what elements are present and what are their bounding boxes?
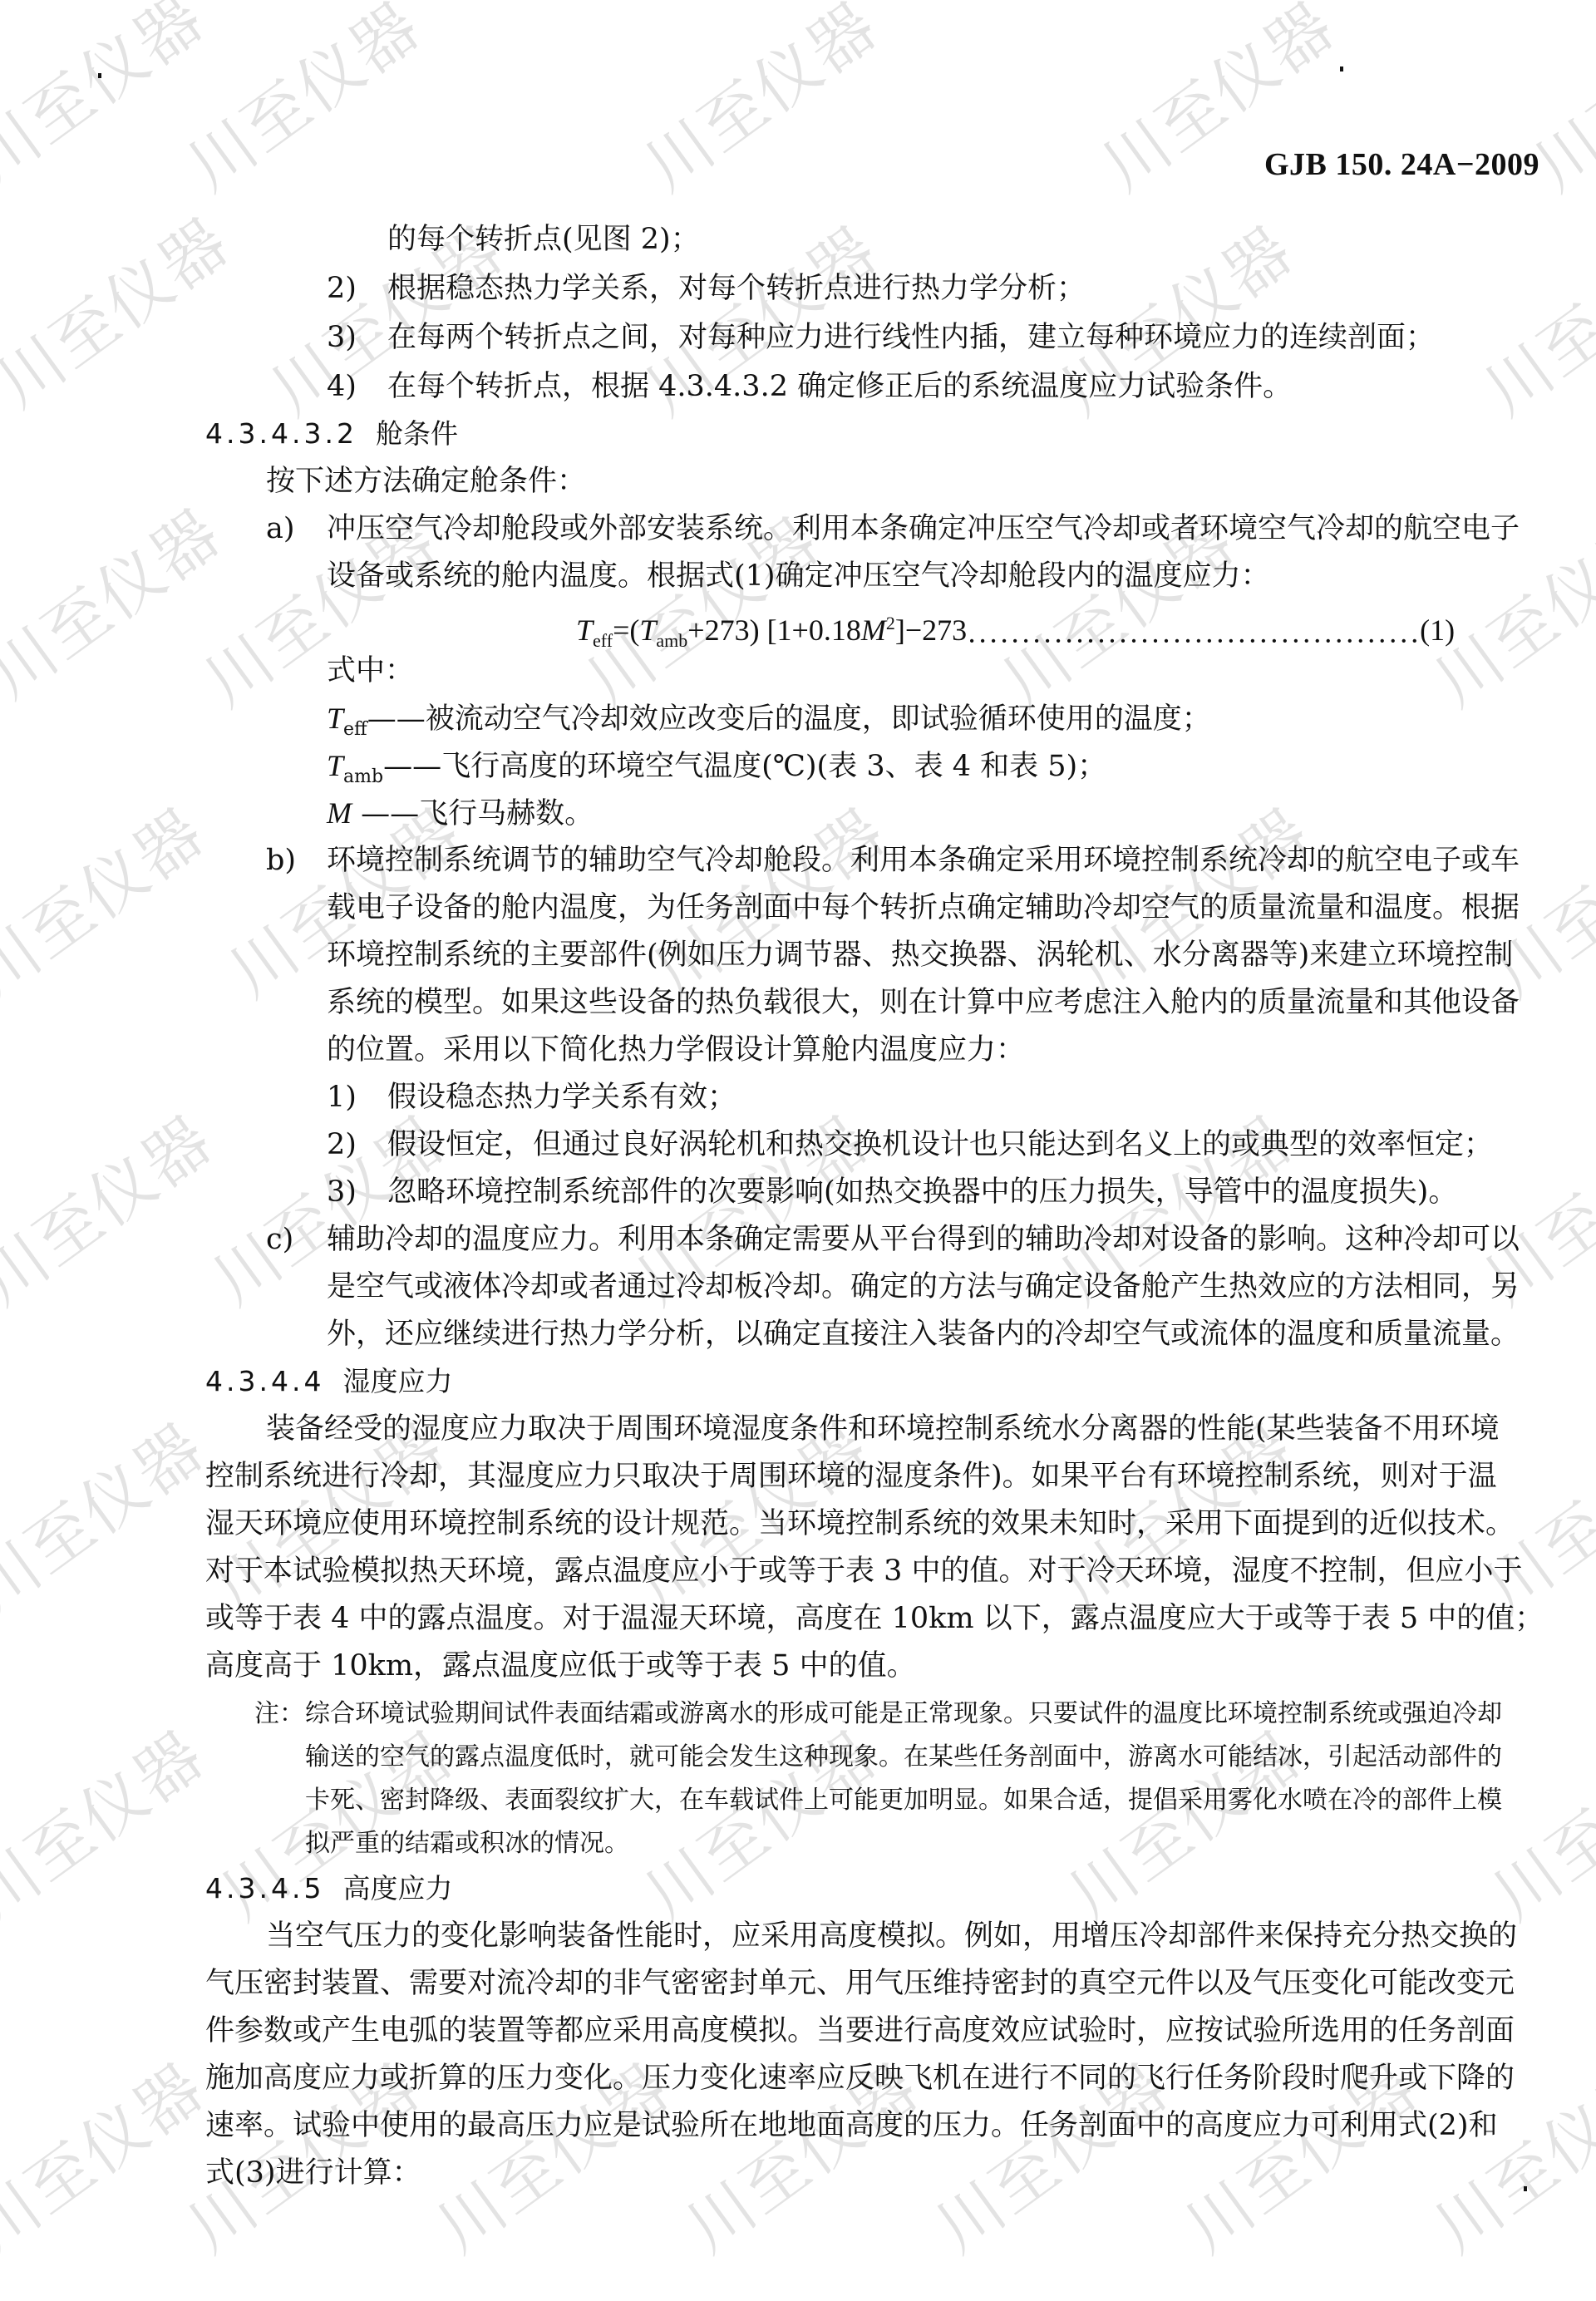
definition-tamb: Tamb——飞行高度的环境空气温度(℃)(表 3、表 4 和表 5)；: [327, 747, 1106, 796]
paragraph-line: 气压密封装置、需要对流冷却的非气密密封单元、用气压维持密封的真空元件以及气压变化…: [205, 1965, 1515, 2002]
paragraph-line: 速率。试验中使用的最高压力应是试验所在地地面高度的压力。任务剖面中的高度应力可利…: [205, 2107, 1498, 2144]
section-heading-43432: 4.3.4.3.2舱条件: [205, 416, 458, 452]
list-item: 2) 根据稳态热力学关系，对每个转折点进行热力学分析；: [327, 270, 357, 307]
note-label: 注：: [254, 1696, 304, 1732]
paragraph-line: 控制系统进行冷却，其湿度应力只取决于周围环境的湿度条件)。如果平台有环境控制系统…: [205, 1458, 1497, 1495]
paragraph-line: 环境控制系统的主要部件(例如压力调节器、热交换器、涡轮机、水分离器等)来建立环境…: [327, 937, 1513, 973]
scan-speck: [1340, 67, 1343, 71]
section-heading-4345: 4.3.4.5高度应力: [205, 1870, 452, 1907]
paragraph-line: 湿天环境应使用环境控制系统的设计规范。当环境控制系统的效果未知时，采用下面提到的…: [205, 1505, 1515, 1542]
continuation-line: 的每个转折点(见图 2)；: [387, 221, 700, 258]
sub-item: 3) 忽略环境控制系统部件的次要影响(如热交换器中的压力损失，导管中的温度损失)…: [327, 1174, 357, 1210]
section-number: 4.3.4.3.2: [205, 417, 357, 450]
paragraph-line: 或等于表 4 中的露点温度。对于温湿天环境，高度在 10km 以下，露点温度应大…: [205, 1600, 1544, 1637]
paragraph-line: 辅助冷却的温度应力。利用本条确定需要从平台得到的辅助冷却对设备的影响。这种冷却可…: [327, 1221, 1520, 1258]
list-item: 4) 在每个转折点，根据 4.3.4.3.2 确定修正后的系统温度应力试验条件。: [327, 368, 357, 405]
definition-teff: Teff——被流动空气冷却效应改变后的温度，即试验循环使用的温度；: [327, 700, 1211, 748]
leader-dots: ········································…: [967, 623, 1420, 659]
item-c-label: c): [266, 1221, 293, 1258]
paragraph-line: 设备或系统的舱内温度。根据式(1)确定冲压空气冷却舱段内的温度应力：: [327, 558, 1270, 594]
item-b-label: b): [266, 842, 296, 879]
section-intro: 按下述方法确定舱条件：: [266, 463, 586, 500]
section-title: 舱条件: [376, 417, 458, 450]
sub-item: 1) 假设稳态热力学关系有效；: [327, 1079, 357, 1116]
paragraph-line: 当空气压力的变化影响装备性能时，应采用高度模拟。例如，用增压冷却部件来保持充分热…: [266, 1918, 1517, 1954]
list-item-text: 在每个转折点，根据 4.3.4.3.2 确定修正后的系统温度应力试验条件。: [387, 368, 1292, 405]
sub-item: 2) 假设恒定，但通过良好涡轮机和热交换机设计也只能达到名义上的或典型的效率恒定…: [327, 1126, 357, 1163]
paragraph-line: 是空气或液体冷却或者通过冷却板冷却。确定的方法与确定设备舱产生热效应的方法相同，…: [327, 1269, 1520, 1305]
paragraph-line: 式(3)进行计算：: [205, 2155, 421, 2191]
where-label: 式中：: [327, 653, 414, 689]
note-line: 卡死、密封降级、表面裂纹扩大，在车载试件上可能更加明显。如果合适，提倡采用雾化水…: [305, 1782, 1502, 1819]
item-a-label: a): [266, 510, 295, 547]
list-item-text: 在每两个转折点之间，对每种应力进行线性内插，建立每种环境应力的连续剖面；: [387, 319, 1435, 356]
paragraph-line: 件参数或产生电弧的装置等都应采用高度模拟。当要进行高度效应试验时，应按试验所选用…: [205, 2013, 1515, 2049]
paragraph-line: 装备经受的湿度应力取决于周围环境湿度条件和环境控制系统水分离器的性能(某些装备不…: [266, 1411, 1500, 1447]
paragraph-line: 的位置。采用以下简化热力学假设计算舱内温度应力：: [327, 1032, 1025, 1068]
formula-1: Teff=(Tamb+273) [1+0.18M2]−273··········…: [576, 605, 1455, 659]
paragraph-line: 施加高度应力或折算的压力变化。压力变化速率应反映飞机在进行不同的飞行任务阶段时爬…: [205, 2060, 1515, 2097]
scan-speck: [1524, 2186, 1527, 2191]
list-item-label: 3): [327, 321, 357, 354]
section-heading-4344: 4.3.4.4湿度应力: [205, 1363, 452, 1400]
formula-number: (1): [1420, 613, 1455, 647]
paragraph-line: 冲压空气冷却舱段或外部安装系统。利用本条确定冲压空气冷却或者环境空气冷却的航空电…: [327, 510, 1520, 547]
note-line: 拟严重的结霜或积冰的情况。: [305, 1826, 629, 1862]
paragraph-line: 载电子设备的舱内温度，为任务剖面中每个转折点确定辅助冷却空气的质量流量和温度。根…: [327, 889, 1520, 926]
list-item-label: 4): [327, 370, 357, 403]
paragraph-line: 对于本试验模拟热天环境，露点温度应小于或等于表 3 中的值。对于冷天环境，湿度不…: [205, 1553, 1523, 1589]
list-item: 3) 在每两个转折点之间，对每种应力进行线性内插，建立每种环境应力的连续剖面；: [327, 319, 357, 356]
standard-code-header: GJB 150. 24A−2009: [1264, 146, 1539, 183]
scan-speck: [98, 73, 101, 78]
paragraph-line: 外，还应继续进行热力学分析，以确定直接注入装备内的冷却空气或流体的温度和质量流量…: [327, 1316, 1520, 1353]
note-line: 综合环境试验期间试件表面结霜或游离水的形成可能是正常现象。只要试件的温度比环境控…: [305, 1696, 1502, 1732]
definition-m: M ——飞行马赫数。: [327, 795, 594, 832]
paragraph-line: 环境控制系统调节的辅助空气冷却舱段。利用本条确定采用环境控制系统冷却的航空电子或…: [327, 842, 1520, 879]
paragraph-line: 系统的模型。如果这些设备的热负载很大，则在计算中应考虑注入舱内的质量流量和其他设…: [327, 984, 1520, 1021]
list-item-text: 根据稳态热力学关系，对每个转折点进行热力学分析；: [387, 270, 1086, 307]
paragraph-line: 高度高于 10km，露点温度应低于或等于表 5 中的值。: [205, 1648, 916, 1684]
document-page: GJB 150. 24A−2009 的每个转折点(见图 2)； 2) 根据稳态热…: [0, 0, 1596, 2301]
note-line: 输送的空气的露点温度低时，就可能会发生这种现象。在某些任务剖面中，游离水可能结冰…: [305, 1739, 1502, 1776]
list-item-label: 2): [327, 272, 357, 305]
